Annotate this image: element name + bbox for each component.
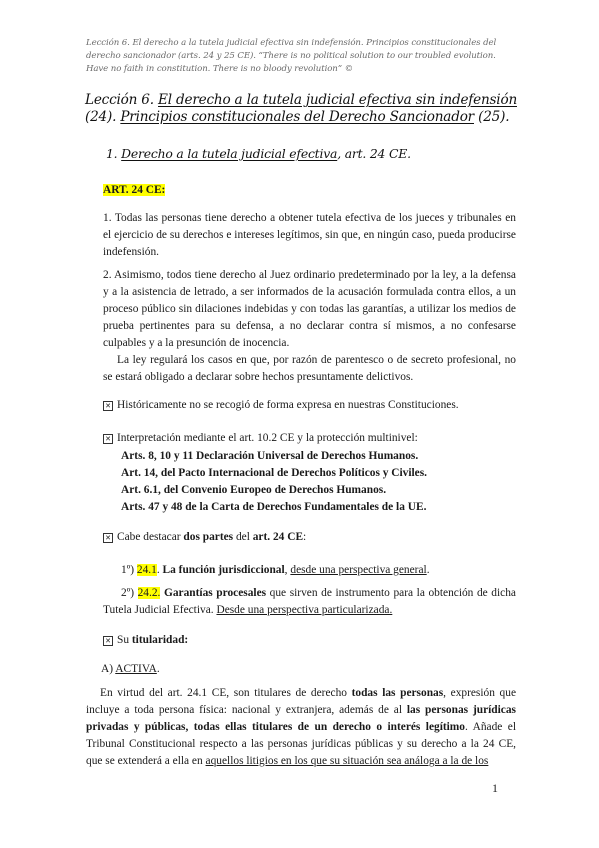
reference-item: Art. 6.1, del Convenio Europeo de Derech… <box>121 482 521 499</box>
checkbox-icon: ✕ <box>103 636 113 646</box>
part-1: 1º) 24.1. La función jurisdiccional, des… <box>121 562 516 579</box>
activa-paragraph: En virtud del art. 24.1 CE, son titulare… <box>86 685 516 770</box>
article-heading: ART. 24 CE: <box>103 182 516 199</box>
checkbox-icon: ✕ <box>103 401 113 411</box>
article-paragraph-3: La ley regulará los casos en que, por ra… <box>103 352 516 386</box>
lesson-title: Lección 6. El derecho a la tutela judici… <box>85 92 525 126</box>
checkbox-icon: ✕ <box>103 434 113 444</box>
article-paragraph-2: 2. Asimismo, todos tiene derecho al Juez… <box>103 267 516 352</box>
bullet-interpretation: ✕Interpretación mediante el art. 10.2 CE… <box>103 430 516 447</box>
bullet-titularidad: ✕Su titularidad: <box>103 632 516 649</box>
checkbox-icon: ✕ <box>103 533 113 543</box>
reference-item: Arts. 8, 10 y 11 Declaración Universal d… <box>121 448 521 465</box>
bullet-two-parts: ✕Cabe destacar dos partes del art. 24 CE… <box>103 529 516 546</box>
page-number: 1 <box>492 781 498 796</box>
reference-item: Arts. 47 y 48 de la Carta de Derechos Fu… <box>121 499 521 516</box>
section-heading: 1. Derecho a la tutela judicial efectiva… <box>106 146 411 161</box>
reference-item: Art. 14, del Pacto Internacional de Dere… <box>121 465 521 482</box>
activa-heading: A) ACTIVA. <box>101 661 514 678</box>
running-header: Lección 6. El derecho a la tutela judici… <box>86 37 516 76</box>
bullet-history: ✕Históricamente no se recogió de forma e… <box>103 397 516 414</box>
reference-list: Arts. 8, 10 y 11 Declaración Universal d… <box>121 448 521 516</box>
document-page: Lección 6. El derecho a la tutela judici… <box>0 0 599 848</box>
part-2: 2º) 24.2. Garantías procesales que sirve… <box>103 585 516 619</box>
article-paragraph-1: 1. Todas las personas tiene derecho a ob… <box>103 210 516 261</box>
